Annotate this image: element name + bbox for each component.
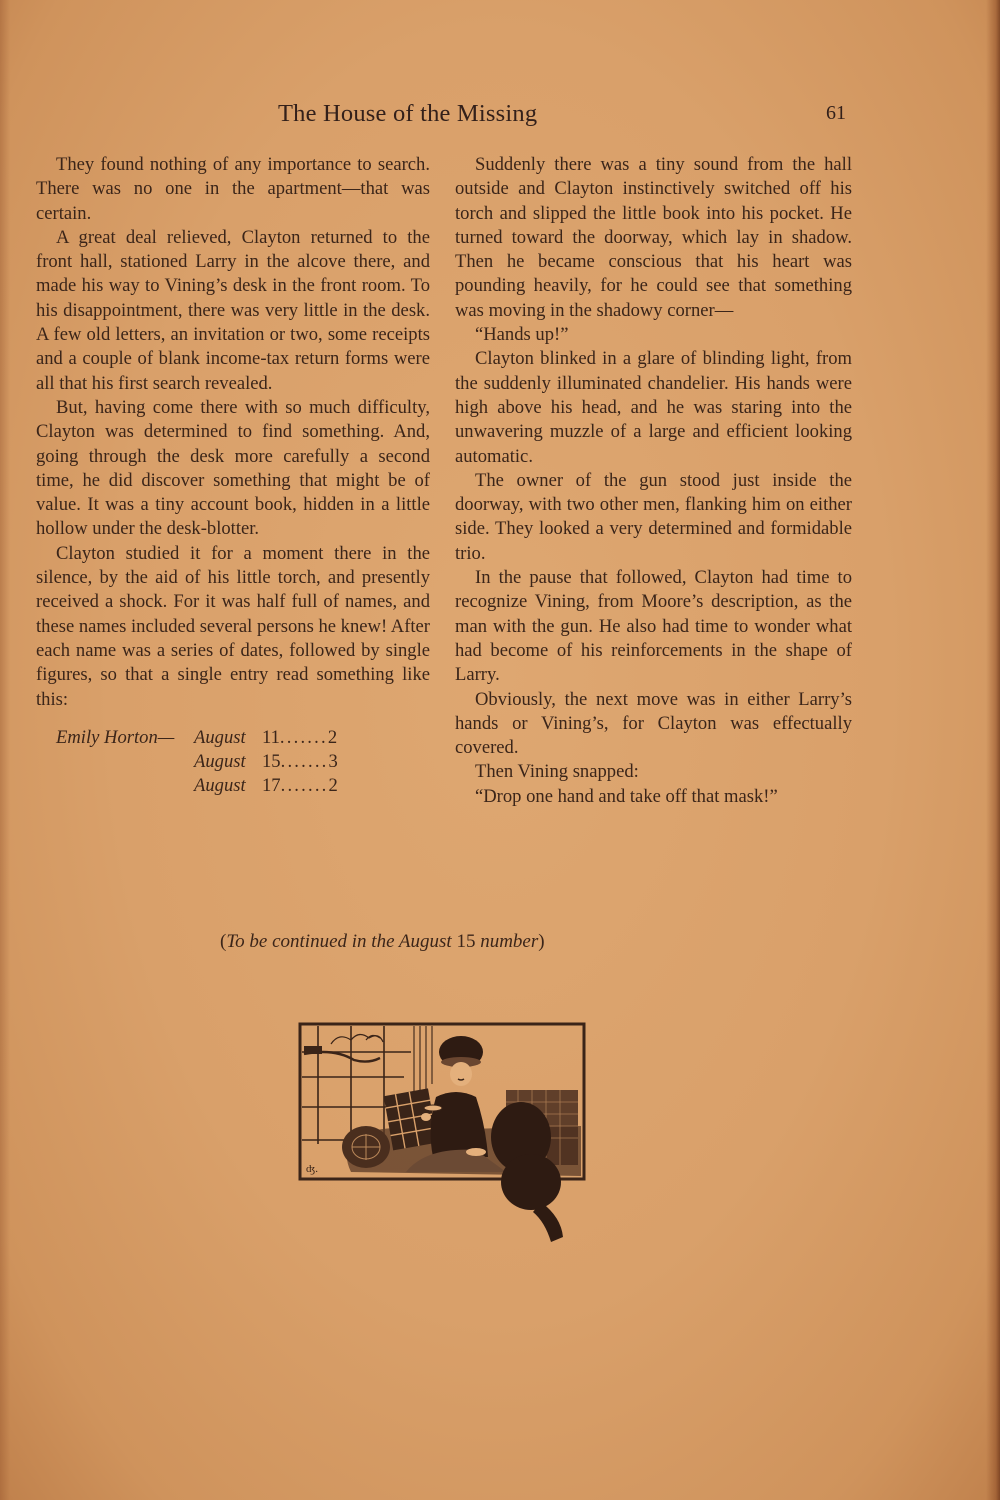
continuation-note: (To be continued in the August 15 number… (220, 931, 660, 953)
monogram-signature: ʤ. (306, 1163, 318, 1175)
paragraph: But, having come there with so much diff… (36, 396, 430, 542)
running-title: The House of the Missing (278, 100, 537, 128)
ledger-value: 17.......2 (262, 774, 338, 798)
ledger-dots: ....... (280, 727, 328, 748)
ledger-day: 17 (262, 775, 281, 796)
dialogue-line: “Drop one hand and take off that mask!” (455, 785, 852, 809)
paragraph: Then Vining snapped: (455, 760, 852, 784)
ledger-month: August (194, 750, 246, 774)
paragraph: A great deal relieved, Clayton returned … (36, 226, 430, 396)
page-edge-shadow-left (0, 0, 10, 1500)
paragraph: Clayton studied it for a moment there in… (36, 542, 430, 712)
ledger-row: August 15.......3 (36, 750, 430, 774)
illustration-woman-on-sofa: ʤ. (296, 1022, 592, 1252)
account-book-entry: Emily Horton— August 11.......2 August 1… (36, 726, 430, 799)
page-number: 61 (826, 102, 846, 125)
ledger-figure: 2 (328, 727, 337, 748)
ledger-value: 11.......2 (262, 726, 337, 750)
running-header: The House of the Missing 61 (0, 100, 1000, 132)
ledger-month: August (194, 774, 246, 798)
paragraph: In the pause that followed, Clayton had … (455, 566, 852, 687)
paragraph: Clayton blinked in a glare of blinding l… (455, 347, 852, 468)
ledger-row: August 17.......2 (36, 774, 430, 798)
paragraph: They found nothing of any importance to … (36, 153, 430, 226)
continuation-issue-number: 15 (452, 931, 481, 952)
ink-drawing: ʤ. (296, 1022, 592, 1252)
ledger-dots: ....... (281, 775, 329, 796)
dialogue-line: “Hands up!” (455, 323, 852, 347)
paren-close: ) (538, 931, 544, 952)
right-column: Suddenly there was a tiny sound from the… (455, 153, 852, 809)
paragraph: The owner of the gun stood just inside t… (455, 469, 852, 566)
ledger-row: Emily Horton— August 11.......2 (36, 726, 430, 750)
left-column: They found nothing of any importance to … (36, 153, 430, 799)
ledger-name: Emily Horton— (56, 726, 174, 750)
page-edge-shadow-right (986, 0, 1000, 1500)
ledger-figure: 2 (329, 775, 338, 796)
ledger-month: August (194, 726, 246, 750)
continuation-text: number (480, 931, 538, 952)
ledger-day: 11 (262, 727, 280, 748)
continuation-text: To be continued in the August (226, 931, 451, 952)
ledger-day: 15 (262, 751, 281, 772)
ledger-figure: 3 (329, 751, 338, 772)
ledger-dots: ....... (281, 751, 329, 772)
paragraph: Suddenly there was a tiny sound from the… (455, 153, 852, 323)
ledger-value: 15.......3 (262, 750, 338, 774)
paragraph: Obviously, the next move was in either L… (455, 688, 852, 761)
